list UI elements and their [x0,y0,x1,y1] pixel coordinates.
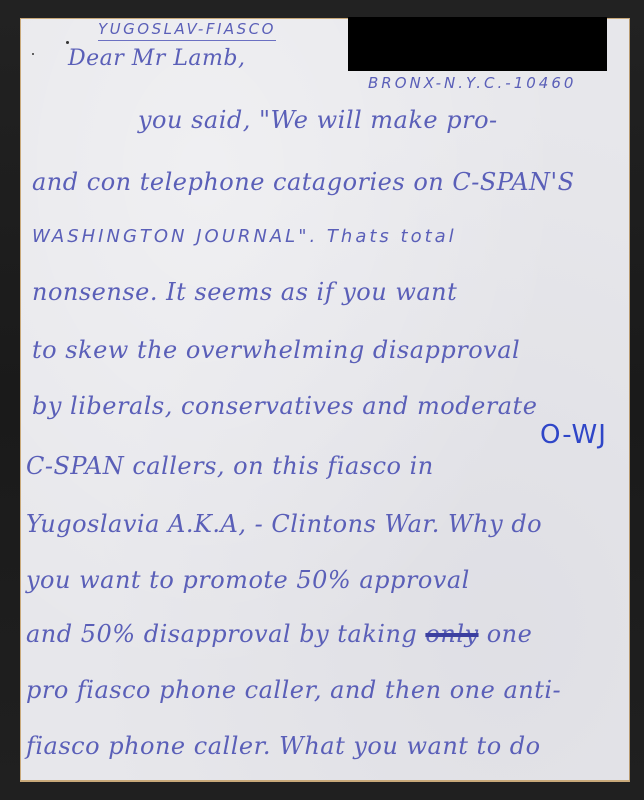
paper-speck [32,53,34,55]
letter-line-12: fiasco phone caller. What you want to do [26,732,541,760]
letter-line-4: nonsense. It seems as if you want [32,278,457,306]
letter-line-10: and 50% disapproval by taking only one [26,620,532,648]
letter-subject: YUGOSLAV-FIASCO [98,20,276,41]
struck-word: only [425,620,478,648]
letter-line-10-tail: one [487,620,533,648]
letter-line-9: you want to promote 50% approval [26,566,470,594]
redaction-block [348,17,607,71]
sender-address: BRONX-N.Y.C.-10460 [368,74,576,92]
letter-line-8: Yugoslavia A.K.A, - Clintons War. Why do [26,510,542,538]
letter-line-7: C-SPAN callers, on this fiasco in [26,452,434,480]
letter-line-2: and con telephone catagories on C-SPAN'S [32,168,575,196]
letter-salutation: Dear Mr Lamb, [68,46,245,71]
letter-line-3: WASHINGTON JOURNAL". Thats total [32,226,457,247]
letter-line-1: you said, "We will make pro- [138,106,498,134]
letter-line-6: by liberals, conservatives and moderate [32,392,537,420]
letter-line-11: pro fiasco phone caller, and then one an… [26,676,561,704]
letter-line-5: to skew the overwhelming disapproval [32,336,520,364]
letter-line-10-text: and 50% disapproval by taking [26,620,417,648]
margin-annotation: O-WJ [540,420,607,450]
paper-speck [66,41,69,44]
